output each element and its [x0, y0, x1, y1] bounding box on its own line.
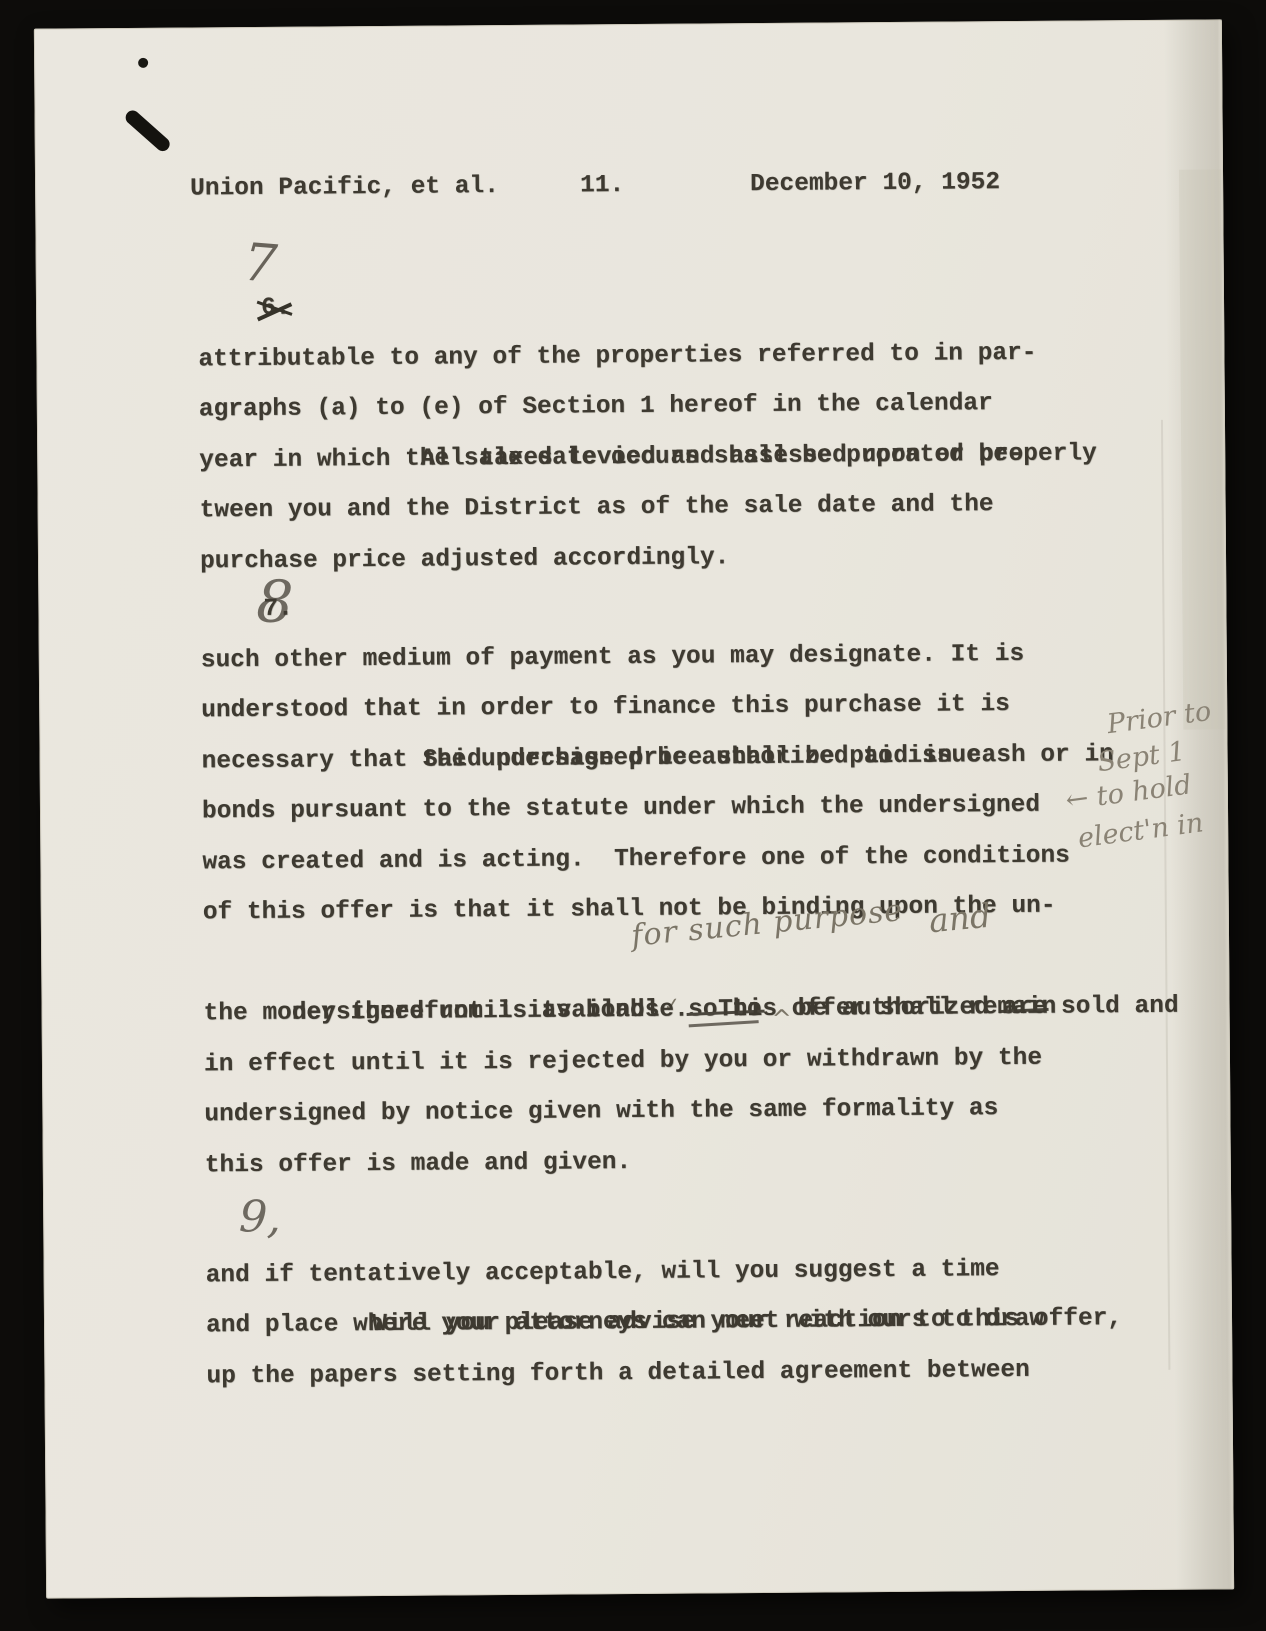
document-title: Union Pacific, et al.	[190, 173, 499, 202]
paragraph-first-line: 9, Will you please advise your reaction …	[205, 1193, 1105, 1251]
margin-note: Prior to Sept 1 ← to hold elect'n in	[1061, 705, 1262, 859]
ink-dot-artifact	[138, 58, 148, 68]
document-page: Union Pacific, et al. 11. December 10, 1…	[34, 19, 1234, 1598]
paragraph-purchase-price: 8 7. Said purchase price shall be paid i…	[200, 578, 1105, 1191]
typed-line: agraphs (a) to (e) of Section 1 hereof i…	[199, 378, 1099, 436]
typed-line: tween you and the District as of the sal…	[199, 479, 1099, 537]
typed-line: undersigned by notice given with the sam…	[204, 1083, 1104, 1141]
typed-line: such other medium of payment as you may …	[201, 629, 1101, 687]
typed-line: was created and is acting. Therefore one…	[202, 831, 1102, 889]
typed-line: up the papers setting forth a detailed a…	[206, 1345, 1106, 1403]
typed-line: attributable to any of the properties re…	[198, 328, 1098, 386]
typed-line: bonds pursuant to the statute under whic…	[202, 780, 1102, 838]
typed-line: this offer is made and given.	[205, 1134, 1105, 1192]
document-date: December 10, 1952	[750, 169, 1000, 198]
typed-line: the money therefrom is available. This o…	[203, 982, 1103, 1040]
edited-typed-line: dersigned until its bonds✓so to^be autho…	[203, 932, 1103, 990]
page-header: Union Pacific, et al. 11. December 10, 1…	[190, 168, 1090, 207]
paragraph-advise-reaction: 9, Will you please advise your reaction …	[205, 1193, 1107, 1402]
paragraph-first-line: 7 6. All taxes levied and assessed upon …	[198, 277, 1098, 335]
paragraph-first-line: 8 7. Said purchase price shall be paid i…	[200, 578, 1100, 636]
paper-crease	[1161, 420, 1170, 1370]
typed-line: year in which the sale date occurs shall…	[199, 429, 1099, 487]
typed-line: in effect until it is rejected by you or…	[204, 1033, 1104, 1091]
ink-bar-artifact	[123, 108, 173, 154]
typed-line: and place where your attorneys can meet …	[206, 1294, 1106, 1352]
scanner-background: { "colors": { "background": "#0d0c0a", "…	[0, 0, 1266, 1631]
handwritten-number-9: 9,	[238, 1195, 282, 1241]
struck-typed-number-6: 6.	[261, 284, 291, 335]
paragraph-taxes: 7 6. All taxes levied and assessed upon …	[198, 277, 1100, 587]
typed-line: necessary that the undersigned be author…	[201, 730, 1101, 788]
typed-line: and if tentatively acceptable, will you …	[205, 1244, 1105, 1302]
typed-number-7: 7.	[263, 585, 293, 636]
typed-line: understood that in order to finance this…	[201, 679, 1101, 737]
handwritten-insert-and: and	[927, 898, 992, 937]
tape-residue	[1179, 169, 1225, 729]
page-number: 11.	[580, 172, 624, 199]
